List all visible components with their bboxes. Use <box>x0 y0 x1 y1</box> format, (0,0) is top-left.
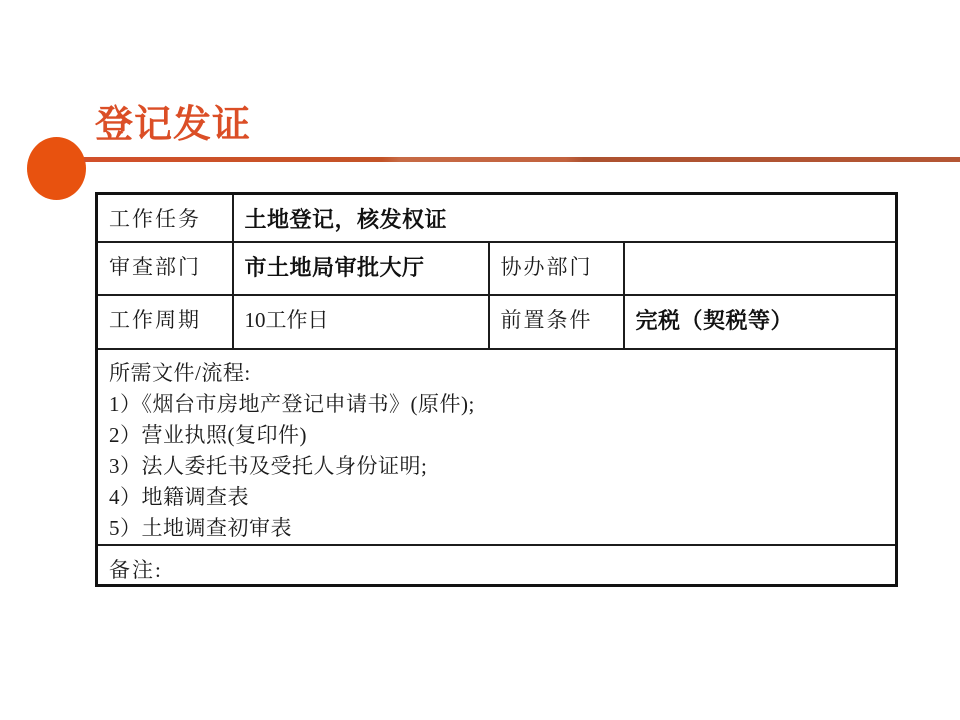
table-row: 审查部门 市土地局审批大厅 协办部门 <box>97 242 897 295</box>
documents-heading: 所需文件/流程: <box>109 358 887 389</box>
document-item: 4）地籍调查表 <box>109 482 887 513</box>
table-row: 工作任务 土地登记，核发权证 <box>97 194 897 242</box>
documents-cell: 所需文件/流程: 1）《烟台市房地产登记申请书》(原件); 2）营业执照(复印件… <box>97 349 897 545</box>
work-period-label: 工作周期 <box>97 295 233 349</box>
work-task-value: 土地登记，核发权证 <box>233 194 897 242</box>
table-row: 备注: <box>97 545 897 586</box>
document-item: 3）法人委托书及受托人身份证明; <box>109 451 887 482</box>
page-title: 登记发证 <box>95 103 251 147</box>
slide: 登记发证 工作任务 土地登记，核发权证 审查部门 市土地局审批大厅 协办部门 工… <box>0 0 960 720</box>
table-row: 工作周期 10工作日 前置条件 完税（契税等） <box>97 295 897 349</box>
document-item: 1）《烟台市房地产登记申请书》(原件); <box>109 389 887 420</box>
document-item: 2）营业执照(复印件) <box>109 420 887 451</box>
precondition-value: 完税（契税等） <box>624 295 897 349</box>
review-dept-label: 审查部门 <box>97 242 233 295</box>
precondition-label: 前置条件 <box>489 295 624 349</box>
title-accent-circle-icon <box>27 137 86 200</box>
assist-dept-value <box>624 242 897 295</box>
review-dept-value: 市土地局审批大厅 <box>233 242 489 295</box>
process-table: 工作任务 土地登记，核发权证 审查部门 市土地局审批大厅 协办部门 工作周期 1… <box>95 192 898 587</box>
work-period-value: 10工作日 <box>233 295 489 349</box>
document-item: 5）土地调查初审表 <box>109 513 887 544</box>
table-container: 工作任务 土地登记，核发权证 审查部门 市土地局审批大厅 协办部门 工作周期 1… <box>95 192 898 587</box>
table-row: 所需文件/流程: 1）《烟台市房地产登记申请书》(原件); 2）营业执照(复印件… <box>97 349 897 545</box>
work-task-label: 工作任务 <box>97 194 233 242</box>
title-underline <box>84 157 960 162</box>
remark-label: 备注: <box>97 545 897 586</box>
assist-dept-label: 协办部门 <box>489 242 624 295</box>
